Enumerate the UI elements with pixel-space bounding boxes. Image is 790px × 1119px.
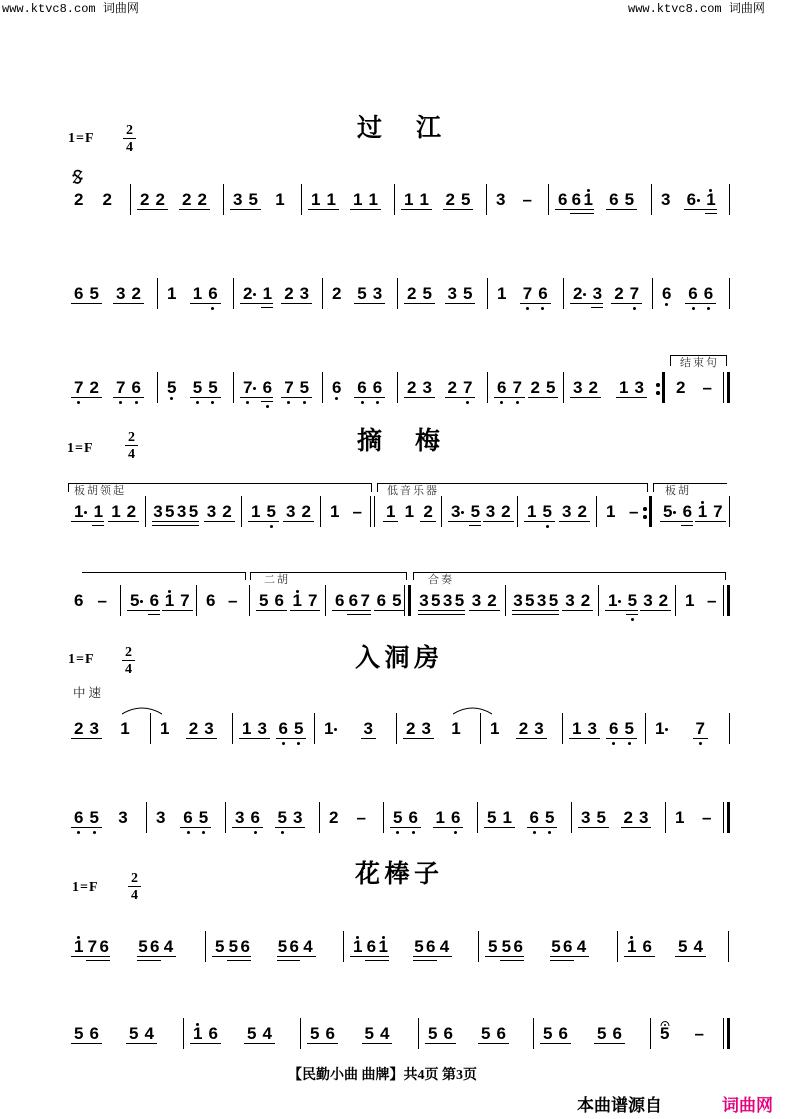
staff-row: 6532116212325325351762327666 [0, 284, 790, 320]
note-digit: 3 [233, 190, 242, 210]
underline [500, 956, 512, 957]
note: 1 [401, 190, 416, 210]
note: 2 [179, 190, 194, 210]
underline [359, 610, 371, 611]
note: 6 [609, 1024, 624, 1044]
high-octave-dot [77, 936, 80, 939]
note: 6 [685, 284, 700, 304]
beat: 67 [494, 378, 525, 398]
underline [569, 738, 584, 739]
note-digit: 5 [502, 937, 511, 957]
underline [512, 960, 524, 961]
note-digit: 5 [660, 1024, 669, 1044]
underline [240, 303, 261, 304]
underline [176, 521, 188, 522]
underline [108, 521, 123, 522]
underline [418, 738, 433, 739]
measure: 6– [64, 591, 118, 625]
note-digit: 7 [696, 719, 705, 739]
underline [259, 1043, 274, 1044]
note: 6 [98, 937, 110, 957]
beat: 2 [326, 808, 341, 828]
beat: 3535 [512, 591, 559, 611]
beat: 35 [230, 190, 261, 210]
underline [245, 209, 260, 210]
note-digit: 1 [675, 808, 684, 828]
note: 6 [684, 190, 705, 210]
beat: 76 [113, 378, 144, 398]
note: 1 [272, 190, 287, 210]
note: 6 [562, 937, 574, 957]
underline [227, 956, 239, 957]
note-digit: 5 [310, 1024, 319, 1044]
note: 6 [606, 190, 621, 210]
beat: 65 [276, 719, 307, 739]
note: 4 [300, 937, 315, 957]
note: 1 [682, 591, 697, 611]
underline [413, 956, 425, 957]
underline [162, 610, 177, 611]
underline [288, 956, 300, 957]
note: 5 [660, 502, 681, 522]
beat: 51 [484, 808, 515, 828]
bracket-label: 板胡领起 [74, 485, 126, 497]
note-digit: 5 [189, 502, 198, 522]
measure: 1532 [598, 591, 673, 625]
beat: 3 [115, 808, 130, 828]
note: 5 [469, 502, 481, 522]
note-digit: 6 [688, 284, 697, 304]
note: 4 [161, 937, 176, 957]
note: 2 [673, 378, 688, 398]
note-digit: 3 [581, 808, 590, 828]
note: 6 [681, 502, 693, 522]
note-digit: 6 [274, 591, 283, 611]
beat: 6 [71, 591, 86, 611]
beat: 23 [281, 284, 312, 304]
note-digit: 2 [659, 591, 668, 611]
underline [196, 827, 211, 828]
underline [693, 738, 708, 739]
note-digit: 7 [630, 284, 639, 304]
underline [113, 397, 128, 398]
fraction-line [123, 138, 136, 139]
note: 5 [478, 1024, 493, 1044]
note: 6 [71, 284, 86, 304]
final-barline [727, 802, 731, 833]
key-signature: 1=F [67, 441, 94, 457]
underline [297, 397, 312, 398]
note: 3 [113, 284, 128, 304]
underline [308, 209, 323, 210]
beat: 53 [275, 808, 306, 828]
note-digit: 6 [662, 284, 671, 304]
note: 1 [190, 284, 205, 304]
low-octave-dot [707, 307, 710, 310]
low-octave-dot [665, 303, 668, 306]
note: 3 [591, 284, 603, 304]
note-digit: 1 [353, 190, 362, 210]
note: 3 [493, 190, 508, 210]
note: 7 [240, 378, 261, 398]
dash-note: – [692, 1024, 707, 1044]
note-digit: 1 [379, 937, 388, 957]
underline [149, 960, 161, 961]
underline [418, 614, 430, 615]
augmentation-dot [696, 190, 702, 210]
note-digit: 7 [523, 284, 532, 304]
note: 2 [611, 284, 626, 304]
note: 5 [127, 591, 148, 611]
underline [263, 521, 278, 522]
note-digit: 2 [222, 502, 231, 522]
measure: 231 [396, 719, 478, 753]
measure: 353532 [145, 502, 239, 536]
note: 5 [275, 808, 290, 828]
note: 5 [297, 378, 312, 398]
beat: 1 [164, 284, 179, 304]
note: 4 [437, 937, 452, 957]
note-digit: 5 [215, 937, 224, 957]
note-digit: 3 [448, 284, 457, 304]
note-digit: 5 [488, 937, 497, 957]
note-digit: 6 [609, 190, 618, 210]
underline [681, 525, 693, 526]
note: 2 [219, 502, 234, 522]
beat: – [350, 502, 365, 522]
underline [205, 1043, 220, 1044]
note: 2 [578, 591, 593, 611]
beat: 6 [329, 378, 344, 398]
underline [98, 960, 110, 961]
note: 7 [177, 591, 192, 611]
note: 3 [290, 808, 305, 828]
underline [469, 525, 481, 526]
instrument-bracket: 合奏 [413, 572, 726, 580]
measure: 5616 [383, 808, 475, 842]
note-digit: 2 [573, 284, 582, 304]
note: 1 [157, 719, 172, 739]
underline [86, 738, 101, 739]
note-digit: 3 [443, 591, 452, 611]
underline [605, 610, 626, 611]
page-footer: 【民勤小曲 曲牌】共4页 第3页 [288, 1068, 477, 1084]
note-digit: 2 [182, 190, 191, 210]
source-label: 本曲谱源自 [577, 1096, 662, 1116]
underline [591, 303, 603, 304]
underline [460, 397, 475, 398]
underline [98, 956, 110, 957]
dash-note: – [704, 591, 719, 611]
beat: 56 [127, 591, 160, 611]
note: 6 [205, 284, 220, 304]
underline [458, 209, 473, 210]
underline [562, 956, 574, 957]
underline [627, 303, 642, 304]
underline [626, 614, 638, 615]
note-digit: 2 [140, 190, 149, 210]
beat: 23 [516, 719, 547, 739]
note: 2 [420, 502, 435, 522]
note: 4 [259, 1024, 274, 1044]
note-digit: 1 [263, 284, 272, 304]
underline [469, 610, 484, 611]
tie-slur [122, 703, 162, 721]
final-barline [723, 802, 724, 833]
note-digit: 2 [446, 190, 455, 210]
note-digit: 6 [74, 591, 83, 611]
note: 1 [71, 502, 92, 522]
underline [283, 521, 298, 522]
note-digit: 4 [262, 1024, 271, 1044]
low-octave-dot [628, 742, 631, 745]
note: 3 [418, 719, 433, 739]
low-octave-dot [692, 307, 695, 310]
note-digit: 5 [422, 284, 431, 304]
note: 5 [413, 937, 425, 957]
instrument-bracket: 结束句 [670, 355, 727, 366]
measure: 1125 [394, 190, 484, 224]
beat: 6 [659, 284, 674, 304]
note: 7 [693, 719, 708, 739]
low-octave-dot [254, 831, 257, 834]
beat: 66 [685, 284, 716, 304]
underline [300, 956, 315, 957]
note-digit: 1 [502, 808, 511, 828]
underline [542, 827, 557, 828]
note-digit: 2 [407, 284, 416, 304]
underline [239, 956, 251, 957]
note-digit: 6 [373, 378, 382, 398]
note-digit: 2 [74, 190, 83, 210]
underline [377, 1043, 392, 1044]
note-digit: 2 [407, 378, 416, 398]
note-digit: 6 [426, 937, 435, 957]
time-numerator: 2 [128, 872, 141, 885]
measure: 13 [314, 719, 394, 753]
note-digit: 5 [455, 591, 464, 611]
underline [232, 827, 247, 828]
note: 5 [485, 937, 500, 957]
underline [176, 525, 188, 526]
underline [701, 303, 716, 304]
note-digit: 3 [235, 808, 244, 828]
dash-note: – [95, 591, 110, 611]
note-digit: 5 [678, 937, 687, 957]
note: 5 [362, 1024, 377, 1044]
high-octave-dot [168, 590, 171, 593]
barline [729, 713, 730, 744]
note: 1 [92, 502, 104, 522]
underline [454, 610, 466, 611]
underline [152, 521, 164, 522]
underline [550, 956, 562, 957]
note-digit: 6 [325, 1024, 334, 1044]
note: 1 [705, 190, 717, 210]
beat: 661 [555, 190, 594, 210]
low-octave-dot [77, 401, 80, 404]
underline [149, 956, 161, 957]
note-digit: 4 [577, 937, 586, 957]
note-digit: 1 [74, 502, 83, 522]
note-digit: 2 [487, 591, 496, 611]
underline [322, 1043, 337, 1044]
underline [430, 610, 442, 611]
beat: 16 [190, 1024, 221, 1044]
repeat-end-barline [662, 372, 666, 403]
underline [478, 1043, 493, 1044]
underline [137, 956, 149, 957]
underline [86, 397, 101, 398]
note: 1 [290, 591, 305, 611]
note-digit: 1 [490, 719, 499, 739]
beat: 15 [605, 591, 638, 611]
note-digit: 5 [130, 591, 139, 611]
note: 6 [639, 937, 654, 957]
measure: 666 [322, 378, 395, 412]
note-digit: 5 [393, 808, 402, 828]
measure: 112 [376, 502, 439, 536]
beat: 161 [350, 937, 389, 957]
note-digit: 6 [609, 719, 618, 739]
note-digit: 1 [606, 502, 615, 522]
key-signature: 1=F [72, 880, 99, 896]
beat: 1 [272, 190, 287, 210]
underline [584, 738, 599, 739]
note: 5 [593, 808, 608, 828]
underline [370, 303, 385, 304]
note-digit: 3 [422, 378, 431, 398]
note: 1 [71, 937, 86, 957]
note-digit: 7 [463, 378, 472, 398]
note: 2 [128, 284, 143, 304]
note: 1 [582, 190, 594, 210]
underline [695, 521, 710, 522]
underline [247, 827, 262, 828]
note: 5 [263, 502, 278, 522]
note: 5 [539, 502, 554, 522]
beat: 667 [332, 591, 371, 611]
note-digit: 3 [472, 591, 481, 611]
note-digit: 1 [627, 937, 636, 957]
dash-note: – [626, 502, 641, 522]
low-octave-dot [526, 307, 529, 310]
beat: 35 [578, 808, 609, 828]
note-digit: 6 [497, 378, 506, 398]
score-page: www.ktvc8.com 词曲网 www.ktvc8.com 词曲网 【民勤小… [0, 0, 790, 1119]
note: 2 [656, 591, 671, 611]
note: 5 [540, 1024, 555, 1044]
note: 6 [405, 808, 420, 828]
note: 3 [86, 719, 101, 739]
measure: 5165 [477, 808, 569, 842]
underline [443, 209, 458, 210]
measure: 5654 [300, 1024, 416, 1058]
beat: 6 [203, 591, 218, 611]
note: 2 [574, 502, 589, 522]
beat: 2 [100, 190, 115, 210]
note-digit: 3 [421, 719, 430, 739]
note: 5 [594, 1024, 609, 1044]
note-digit: 5 [461, 190, 470, 210]
underline [656, 610, 671, 611]
time-denominator: 4 [122, 663, 135, 676]
underline [128, 303, 143, 304]
note-digit: 4 [440, 937, 449, 957]
underline [194, 209, 209, 210]
underline [71, 956, 86, 957]
beat: 23 [621, 808, 652, 828]
note: 5 [460, 284, 475, 304]
low-octave-dot [533, 831, 536, 834]
beat: 32 [562, 591, 593, 611]
underline [71, 521, 92, 522]
beat: 11 [71, 502, 104, 522]
underline [290, 610, 305, 611]
note: 2 [403, 719, 418, 739]
underline [591, 307, 603, 308]
low-octave-dot [361, 401, 364, 404]
measure: 17 [645, 719, 727, 753]
note-digit: – [523, 190, 532, 210]
note-digit: 6 [357, 378, 366, 398]
underline [239, 738, 254, 739]
source-site-link[interactable]: 词曲网 [722, 1096, 773, 1116]
beat: – [354, 808, 369, 828]
underline [483, 521, 498, 522]
underline [347, 614, 359, 615]
note: 6 [322, 1024, 337, 1044]
note-digit: 1 [584, 190, 593, 210]
underline [574, 521, 589, 522]
low-octave-dot [170, 397, 173, 400]
note-digit: 1 [404, 190, 413, 210]
beat: 15 [248, 502, 279, 522]
underline [405, 827, 420, 828]
time-signature: 24 [125, 431, 138, 461]
beat: 23 [404, 378, 435, 398]
note: 3 [448, 502, 469, 522]
song-title: 花棒子 [355, 861, 444, 889]
note-digit: 1 [608, 591, 617, 611]
underline [332, 610, 347, 611]
underline [540, 1043, 555, 1044]
note: 7 [305, 591, 320, 611]
measure: 231 [64, 719, 148, 753]
underline [528, 397, 543, 398]
note-digit: 7 [180, 591, 189, 611]
repeat-end-barline [649, 496, 653, 527]
note: 1 [365, 190, 380, 210]
note: 1 [350, 937, 365, 957]
underline [562, 610, 577, 611]
note-digit: 5 [278, 808, 287, 828]
note-digit: 3 [534, 719, 543, 739]
underline [261, 307, 273, 308]
note-digit: 5 [138, 937, 147, 957]
underline [190, 1043, 205, 1044]
high-octave-dot [587, 189, 590, 192]
note: 1 [499, 808, 514, 828]
time-signature: 24 [128, 872, 141, 902]
beat: 17 [162, 591, 193, 611]
underline [113, 303, 128, 304]
note-digit: 3 [207, 502, 216, 522]
watermark-left: www.ktvc8.com 词曲网 [2, 2, 139, 16]
note-digit: 2 [406, 719, 415, 739]
note: 3 [483, 502, 498, 522]
note-digit: 5 [89, 808, 98, 828]
